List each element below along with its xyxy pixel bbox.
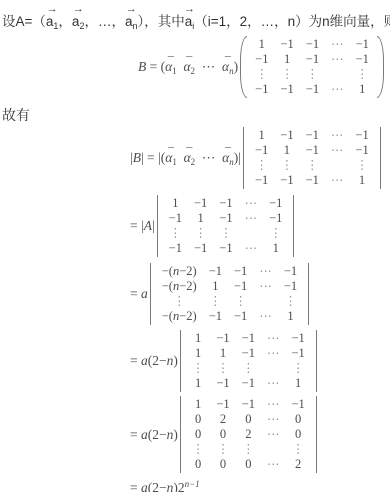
matrix-cell: 1 (186, 346, 211, 361)
matrix-row: 1−1−1⋯1 (186, 376, 311, 391)
matrix-cell: −1 (274, 82, 299, 97)
document-page: 设A=（→a1，→a2，…，→an），其中→ai（i=1，2，…，n）为n维向量… (2, 2, 390, 492)
matrix-cell: ⋯ (253, 264, 278, 279)
matrix-cell: ⋯ (253, 309, 278, 324)
math-token (177, 150, 184, 165)
matrix: 1−1−1⋯−1−11−1⋯−1⋮⋮⋮⋮−1−1−1⋯1 (249, 128, 375, 188)
determinant-bar-left (243, 127, 247, 189)
matrix-cell: ⋮ (249, 158, 274, 173)
math-token: )2n−1 (173, 480, 199, 492)
matrix-cell: −1 (300, 173, 325, 188)
matrix-cell: 1 (285, 376, 310, 391)
matrix-cell: −1 (249, 173, 274, 188)
matrix-cell: 0 (236, 412, 261, 427)
matrix-row: −1−1−1⋯1 (249, 82, 375, 97)
matrix-cell: −1 (210, 397, 235, 412)
matrix-cell: ⋮ (236, 442, 261, 457)
matrix-cell: ⋮ (186, 361, 211, 376)
matrix-row: ⋮⋮⋮⋮ (249, 67, 375, 82)
matrix-cell (239, 226, 264, 241)
matrix-row: −(n−2)1−1⋯−1 (156, 279, 303, 294)
matrix-cell: 0 (186, 457, 211, 472)
matrix-cell: ⋮ (349, 158, 374, 173)
matrix-row: 1−1−1⋯−1 (186, 397, 311, 412)
b-definition-matrix: 1−1−1⋯−1−11−1⋯−1⋮⋮⋮⋮−1−1−1⋯1 (240, 36, 384, 98)
matrix-cell: 2 (210, 412, 235, 427)
matrix-cell: ⋯ (261, 331, 286, 346)
matrix-row: −11−1⋯−1 (249, 143, 375, 158)
math-token: B (133, 150, 141, 165)
matrix-cell: −1 (213, 211, 238, 226)
matrix-cell: −1 (213, 241, 238, 256)
matrix: −(n−2)−1−1⋯−1−(n−2)1−1⋯−1⋮⋮⋮⋮−(n−2)−1−1⋯… (156, 264, 303, 324)
bar-variable: ¯α2 (184, 150, 196, 166)
math-token: ⋯ (195, 59, 222, 74)
matrix-cell: −1 (274, 128, 299, 143)
matrix-cell: 0 (236, 457, 261, 472)
matrix-cell: −1 (350, 37, 375, 52)
matrix-cell: 1 (203, 279, 228, 294)
matrix-row: −(n−2)−1−1⋯−1 (156, 264, 303, 279)
determinant-bar-left (157, 195, 161, 257)
math-token (177, 59, 184, 74)
matrix-cell (253, 294, 278, 309)
matrix-row: ⋮⋮⋮⋮ (163, 226, 289, 241)
matrix-cell: ⋮ (274, 67, 299, 82)
matrix-cell: −1 (228, 309, 253, 324)
matrix-cell: −1 (300, 52, 325, 67)
matrix-cell (261, 361, 286, 376)
matrix-cell: −1 (249, 82, 274, 97)
matrix-cell: 1 (349, 173, 374, 188)
factor-a-lhs: = a (130, 286, 148, 302)
matrix-cell: ⋯ (261, 397, 286, 412)
math-token: ⋯ (195, 150, 222, 165)
matrix-cell: −1 (236, 331, 261, 346)
math-token: (2− (148, 353, 167, 368)
matrix-cell: −(n−2) (156, 279, 203, 294)
math-token: | (152, 218, 155, 233)
matrix-cell: −1 (213, 196, 238, 211)
factor-2n-lhs: = a(2−n) (130, 353, 178, 369)
vector-variable: →a1 (46, 14, 59, 30)
matrix-row: −1−1−1⋯1 (163, 241, 289, 256)
matrix-cell (261, 442, 286, 457)
matrix-cell: −1 (210, 376, 235, 391)
vector-arrow-accent: → (184, 4, 195, 15)
step-det-a-equation: = |A| 1−1−1⋯−1−11−1⋯−1⋮⋮⋮⋮−1−1−1⋯1 (130, 195, 390, 257)
math-token: (2− (148, 480, 167, 492)
math-token: ) (173, 427, 178, 442)
paren-bracket-right (377, 36, 384, 98)
determinant-bar-left (180, 330, 184, 392)
math-token: 设A=（ (2, 14, 46, 29)
math-token: )| (234, 150, 241, 165)
matrix-cell: ⋯ (239, 211, 264, 226)
matrix-cell: 0 (186, 427, 211, 442)
matrix-cell: 1 (188, 211, 213, 226)
matrix-cell: −1 (236, 376, 261, 391)
matrix-cell: 1 (186, 331, 211, 346)
step-factor-2-minus-n-equation: = a(2−n) 1−1−1⋯−111−1⋯−1⋮⋮⋮⋮1−1−1⋯1 (130, 330, 390, 392)
bar-variable: ¯α2 (183, 59, 195, 75)
matrix-cell: 1 (163, 196, 188, 211)
math-token: （i=1，2，…，n）为n维向量，则有 (194, 14, 390, 29)
matrix-row: 020⋯0 (186, 412, 311, 427)
determinant-bar-right (377, 127, 381, 189)
matrix-b-definition-equation: B = (¯α1 ¯α2 ⋯ ¯αn) 1−1−1⋯−1−11−1⋯−1⋮⋮⋮⋮… (138, 36, 390, 98)
matrix-cell: ⋯ (261, 427, 286, 442)
matrix-cell: −1 (163, 211, 188, 226)
matrix-cell: ⋯ (325, 82, 350, 97)
matrix-cell: 2 (236, 427, 261, 442)
matrix-cell: ⋮ (213, 226, 238, 241)
matrix-cell: −1 (300, 37, 325, 52)
math-token: ， (58, 14, 72, 29)
vector-arrow-accent: → (47, 4, 58, 15)
math-token: = | (130, 218, 144, 233)
matrix-cell: ⋯ (253, 279, 278, 294)
matrix-cell: −1 (263, 196, 288, 211)
matrix-cell: ⋯ (261, 412, 286, 427)
matrix-cell: −1 (349, 143, 374, 158)
math-token: = (130, 353, 141, 368)
matrix-cell: 0 (285, 412, 310, 427)
matrix-cell: 0 (210, 457, 235, 472)
vector-arrow-accent: → (73, 4, 84, 15)
math-token: ，…， (84, 14, 125, 29)
det-b-determinant: 1−1−1⋯−1−11−1⋯−1⋮⋮⋮⋮−1−1−1⋯1 (243, 127, 381, 189)
matrix-cell: 1 (350, 82, 375, 97)
math-token: = (130, 480, 141, 492)
matrix-cell: −1 (249, 143, 274, 158)
matrix-cell: −(n−2) (156, 309, 203, 324)
matrix-cell: 1 (278, 309, 303, 324)
matrix-cell: 2 (285, 457, 310, 472)
matrix-cell: −1 (278, 264, 303, 279)
matrix-cell: −1 (278, 279, 303, 294)
matrix-cell: 1 (274, 143, 299, 158)
problem-statement: 设A=（→a1，→a2，…，→an），其中→ai（i=1，2，…，n）为n维向量… (2, 2, 390, 30)
matrix-cell: −1 (285, 397, 310, 412)
matrix-cell: 0 (186, 412, 211, 427)
math-token: a (141, 427, 148, 442)
vector-variable: →ai (185, 14, 195, 30)
matrix-row: −(n−2)−1−1⋯1 (156, 309, 303, 324)
matrix-cell: −1 (203, 309, 228, 324)
bar-variable: ¯αn (222, 59, 234, 75)
matrix-row: ⋮⋮⋮⋮ (249, 158, 375, 173)
diagonal-determinant: 1−1−1⋯−1020⋯0002⋯0⋮⋮⋮⋮000⋯2 (180, 396, 317, 473)
step-column-sum-equation: = a −(n−2)−1−1⋯−1−(n−2)1−1⋯−1⋮⋮⋮⋮−(n−2)−… (130, 263, 390, 325)
matrix-cell: ⋯ (325, 37, 350, 52)
math-token: a (141, 286, 148, 301)
det-a-lhs: = |A| (130, 218, 155, 234)
matrix-cell: 1 (186, 397, 211, 412)
math-token: a (141, 353, 148, 368)
matrix-cell: −1 (300, 143, 325, 158)
determinant-bar-left (150, 263, 154, 325)
matrix-cell (325, 158, 350, 173)
matrix-cell: −1 (349, 128, 374, 143)
matrix-cell: −1 (300, 82, 325, 97)
matrix-cell: 1 (210, 346, 235, 361)
matrix-row: −11−1⋯−1 (163, 211, 289, 226)
matrix-cell: ⋯ (261, 457, 286, 472)
matrix-cell (325, 67, 350, 82)
matrix-cell: ⋮ (350, 67, 375, 82)
matrix-cell: −1 (350, 52, 375, 67)
matrix-row: 1−1−1⋯−1 (186, 331, 311, 346)
matrix: 1−1−1⋯−1−11−1⋯−1⋮⋮⋮⋮−1−1−1⋯1 (163, 196, 289, 256)
matrix-cell: ⋮ (228, 294, 253, 309)
matrix-cell: ⋮ (203, 294, 228, 309)
math-token: = ( (146, 59, 165, 74)
matrix-cell: 0 (210, 427, 235, 442)
matrix-cell: ⋯ (325, 128, 350, 143)
diagonal-lhs: = a(2−n) (130, 427, 178, 443)
matrix-row: 1−1−1⋯−1 (249, 128, 375, 143)
matrix: 1−1−1⋯−111−1⋯−1⋮⋮⋮⋮1−1−1⋯1 (186, 331, 311, 391)
vector-variable: →an (125, 14, 138, 30)
matrix-cell: 0 (285, 427, 310, 442)
matrix-cell: ⋮ (285, 442, 310, 457)
matrix-cell: −1 (274, 37, 299, 52)
matrix: 1−1−1⋯−1020⋯0002⋯0⋮⋮⋮⋮000⋯2 (186, 397, 311, 472)
matrix-cell: ⋮ (186, 442, 211, 457)
factor-a-determinant: −(n−2)−1−1⋯−1−(n−2)1−1⋯−1⋮⋮⋮⋮−(n−2)−1−1⋯… (150, 263, 309, 325)
matrix-cell: −1 (236, 346, 261, 361)
matrix-cell: −1 (210, 331, 235, 346)
matrix-cell: ⋮ (300, 67, 325, 82)
bar-variable: ¯α1 (165, 59, 177, 75)
determinant-bar-right (290, 195, 294, 257)
matrix-cell: −1 (249, 52, 274, 67)
determinant-bar-right (305, 263, 309, 325)
matrix-row: 1−1−1⋯−1 (249, 37, 375, 52)
math-token: = (130, 286, 141, 301)
det-a-determinant: 1−1−1⋯−1−11−1⋯−1⋮⋮⋮⋮−1−1−1⋯1 (157, 195, 295, 257)
matrix-cell: ⋯ (325, 52, 350, 67)
matrix-cell: 1 (274, 52, 299, 67)
final-result-equation: = a(2−n)2n−1 (130, 478, 390, 492)
step-diagonalized-equation: = a(2−n) 1−1−1⋯−1020⋯0002⋯0⋮⋮⋮⋮000⋯2 (130, 396, 390, 473)
matrix-cell: −1 (228, 264, 253, 279)
matrix-cell: ⋮ (210, 361, 235, 376)
math-token: a (141, 480, 148, 492)
matrix-cell: −1 (285, 331, 310, 346)
matrix-cell: ⋮ (163, 226, 188, 241)
matrix-row: ⋮⋮⋮⋮ (186, 361, 311, 376)
matrix-cell: ⋮ (274, 158, 299, 173)
matrix-cell: ⋮ (188, 226, 213, 241)
b-definition-lhs: B = (¯α1 ¯α2 ⋯ ¯αn) (138, 59, 238, 75)
matrix-cell: −1 (285, 346, 310, 361)
matrix-cell: ⋯ (325, 143, 350, 158)
matrix-cell: ⋮ (249, 67, 274, 82)
matrix-cell: 1 (249, 128, 274, 143)
matrix-cell: ⋯ (261, 376, 286, 391)
math-token: (2− (148, 427, 167, 442)
matrix-cell: −1 (228, 279, 253, 294)
matrix-row: 11−1⋯−1 (186, 346, 311, 361)
vector-variable: →a2 (72, 14, 85, 30)
paren-bracket-left (240, 36, 247, 98)
math-token: ），其中 (137, 14, 184, 29)
matrix-cell: 1 (186, 376, 211, 391)
matrix-cell: −1 (203, 264, 228, 279)
det-b-lhs: |B| = |(¯α1 ¯α2 ⋯ ¯αn)| (130, 150, 241, 166)
matrix-cell: ⋯ (325, 173, 350, 188)
matrix-row: ⋮⋮⋮⋮ (186, 442, 311, 457)
matrix-cell: −1 (300, 128, 325, 143)
matrix-cell: ⋯ (261, 346, 286, 361)
matrix-row: ⋮⋮⋮⋮ (156, 294, 303, 309)
matrix-cell: −1 (188, 241, 213, 256)
matrix-cell: −1 (236, 397, 261, 412)
matrix-cell: −(n−2) (156, 264, 203, 279)
matrix-row: 000⋯2 (186, 457, 311, 472)
math-token: ) (234, 59, 239, 74)
matrix-cell: ⋮ (285, 361, 310, 376)
determinant-bar-right (313, 330, 317, 392)
math-token: = (130, 427, 141, 442)
matrix-row: 002⋯0 (186, 427, 311, 442)
det-b-expansion-equation: |B| = |(¯α1 ¯α2 ⋯ ¯αn)| 1−1−1⋯−1−11−1⋯−1… (130, 127, 390, 189)
matrix-cell: −1 (163, 241, 188, 256)
matrix-cell: ⋮ (300, 158, 325, 173)
matrix-cell: ⋮ (156, 294, 203, 309)
math-token: A (144, 218, 152, 233)
matrix-cell: −1 (274, 173, 299, 188)
matrix-cell: 1 (249, 37, 274, 52)
math-token: B (138, 59, 146, 74)
determinant-bar-right (313, 396, 317, 473)
math-token: | = |( (141, 150, 165, 165)
matrix-row: 1−1−1⋯−1 (163, 196, 289, 211)
matrix-cell: −1 (188, 196, 213, 211)
matrix-cell: ⋮ (236, 361, 261, 376)
factor-2n-determinant: 1−1−1⋯−111−1⋯−1⋮⋮⋮⋮1−1−1⋯1 (180, 330, 317, 392)
matrix-cell: ⋯ (239, 196, 264, 211)
bar-variable: ¯α1 (165, 150, 177, 166)
matrix-row: −1−1−1⋯1 (249, 173, 375, 188)
matrix-cell: ⋮ (278, 294, 303, 309)
hence-label: 故有 (2, 105, 390, 125)
matrix-cell: ⋮ (210, 442, 235, 457)
matrix-cell: 1 (263, 241, 288, 256)
matrix-cell: −1 (263, 211, 288, 226)
math-token: ) (173, 353, 178, 368)
determinant-bar-left (180, 396, 184, 473)
matrix-cell: ⋮ (263, 226, 288, 241)
matrix-row: −11−1⋯−1 (249, 52, 375, 67)
final-result-lhs: = a(2−n)2n−1 (130, 480, 200, 492)
matrix-cell: ⋯ (239, 241, 264, 256)
vector-arrow-accent: → (126, 4, 137, 15)
bar-variable: ¯αn (222, 150, 234, 166)
matrix: 1−1−1⋯−1−11−1⋯−1⋮⋮⋮⋮−1−1−1⋯1 (249, 37, 375, 97)
